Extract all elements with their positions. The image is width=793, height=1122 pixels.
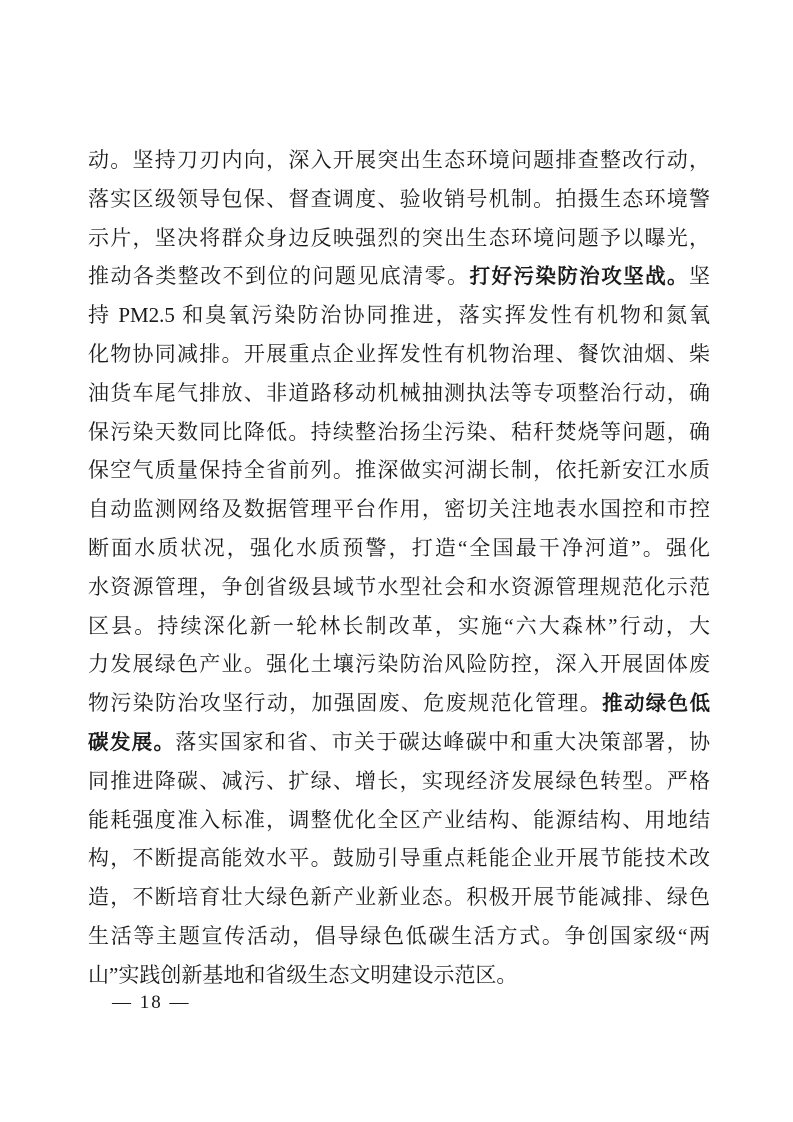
body-text: 推动各类整改不到位的问题见底清零。 [88, 264, 470, 288]
body-text: 构，不断提高能效水平。鼓励引导重点耗能企业开展节能技术改 [88, 846, 710, 870]
body-text: 物污染防治攻坚行动，加强固废、危废规范化管理。 [88, 691, 602, 715]
text-line: 生活等主题宣传活动，倡导绿色低碳生活方式。争创国家级“两 [88, 917, 710, 956]
text-line: 区县。持续深化新一轮林长制改革，实施“六大森林”行动，大 [88, 607, 710, 646]
body-text: 保污染天数同比降低。持续整治扬尘污染、秸秆焚烧等问题，确 [88, 420, 710, 444]
text-line: 物污染防治攻坚行动，加强固废、危废规范化管理。推动绿色低 [88, 684, 710, 723]
body-text: 油货车尾气排放、非道路移动机械抽测执法等专项整治行动，确 [88, 381, 710, 405]
emphasis-text: 碳发展。 [88, 731, 175, 754]
text-line: 持 PM2.5 和臭氧污染防治协同推进，落实挥发性有机物和氮氧 [88, 296, 710, 335]
document-text: 动。坚持刀刃内向，深入开展突出生态环境问题排查整改行动，落实区级领导包保、督查调… [88, 141, 710, 995]
body-text: 持 PM2.5 和臭氧污染防治协同推进，落实挥发性有机物和氮氧 [88, 303, 710, 327]
body-text: 坚 [689, 264, 710, 288]
text-line: 自动监测网络及数据管理平台作用，密切关注地表水国控和市控 [88, 490, 710, 529]
text-line: 碳发展。落实国家和省、市关于碳达峰碳中和重大决策部署，协 [88, 723, 710, 762]
body-text: 落实区级领导包保、督查调度、验收销号机制。拍摄生态环境警 [88, 187, 710, 211]
body-text: 化物协同减排。开展重点企业挥发性有机物治理、餐饮油烟、柴 [88, 342, 710, 366]
body-text: 能耗强度准入标准，调整优化全区产业结构、能源结构、用地结 [88, 808, 710, 832]
body-text: 造，不断培育壮大绿色新产业新业态。积极开展节能减排、绿色 [88, 885, 710, 909]
text-line: 动。坚持刀刃内向，深入开展突出生态环境问题排查整改行动， [88, 141, 710, 180]
text-line: 示片，坚决将群众身边反映强烈的突出生态环境问题予以曝光， [88, 219, 710, 258]
emphasis-text: 推动绿色低 [602, 692, 710, 715]
body-text: 动。坚持刀刃内向，深入开展突出生态环境问题排查整改行动， [88, 148, 710, 172]
text-line: 落实区级领导包保、督查调度、验收销号机制。拍摄生态环境警 [88, 180, 710, 219]
body-text: 生活等主题宣传活动，倡导绿色低碳生活方式。争创国家级“两 [88, 924, 710, 948]
text-line: 构，不断提高能效水平。鼓励引导重点耗能企业开展节能技术改 [88, 839, 710, 878]
text-line: 能耗强度准入标准，调整优化全区产业结构、能源结构、用地结 [88, 801, 710, 840]
text-line: 水资源管理，争创省级县域节水型社会和水资源管理规范化示范 [88, 568, 710, 607]
body-text: 山”实践创新基地和省级生态文明建设示范区。 [88, 963, 517, 987]
body-text: 示片，坚决将群众身边反映强烈的突出生态环境问题予以曝光， [88, 226, 710, 250]
emphasis-text: 打好污染防治攻坚战。 [470, 265, 689, 288]
body-text: 断面水质状况，强化水质预警，打造“全国最干净河道”。强化 [88, 536, 710, 560]
text-line: 化物协同减排。开展重点企业挥发性有机物治理、餐饮油烟、柴 [88, 335, 710, 374]
text-line: 造，不断培育壮大绿色新产业新业态。积极开展节能减排、绿色 [88, 878, 710, 917]
text-line: 山”实践创新基地和省级生态文明建设示范区。 [88, 956, 710, 995]
text-line: 同推进降碳、减污、扩绿、增长，实现经济发展绿色转型。严格 [88, 762, 710, 801]
body-text: 保空气质量保持全省前列。推深做实河湖长制，依托新安江水质 [88, 458, 710, 482]
document-page: 动。坚持刀刃内向，深入开展突出生态环境问题排查整改行动，落实区级领导包保、督查调… [0, 0, 793, 1122]
text-line: 断面水质状况，强化水质预警，打造“全国最干净河道”。强化 [88, 529, 710, 568]
text-line: 力发展绿色产业。强化土壤污染防治风险防控，深入开展固体废 [88, 645, 710, 684]
body-text: 力发展绿色产业。强化土壤污染防治风险防控，深入开展固体废 [88, 652, 710, 676]
body-text: 自动监测网络及数据管理平台作用，密切关注地表水国控和市控 [88, 497, 710, 521]
body-text: 同推进降碳、减污、扩绿、增长，实现经济发展绿色转型。严格 [88, 769, 710, 793]
text-line: 油货车尾气排放、非道路移动机械抽测执法等专项整治行动，确 [88, 374, 710, 413]
text-line: 保空气质量保持全省前列。推深做实河湖长制，依托新安江水质 [88, 451, 710, 490]
text-line: 推动各类整改不到位的问题见底清零。打好污染防治攻坚战。坚 [88, 257, 710, 296]
body-text: 水资源管理，争创省级县域节水型社会和水资源管理规范化示范 [88, 575, 710, 599]
body-text: 区县。持续深化新一轮林长制改革，实施“六大森林”行动，大 [88, 614, 710, 638]
page-number: — 18 — [112, 992, 191, 1014]
text-line: 保污染天数同比降低。持续整治扬尘污染、秸秆焚烧等问题，确 [88, 413, 710, 452]
body-text: 落实国家和省、市关于碳达峰碳中和重大决策部署，协 [175, 730, 710, 754]
